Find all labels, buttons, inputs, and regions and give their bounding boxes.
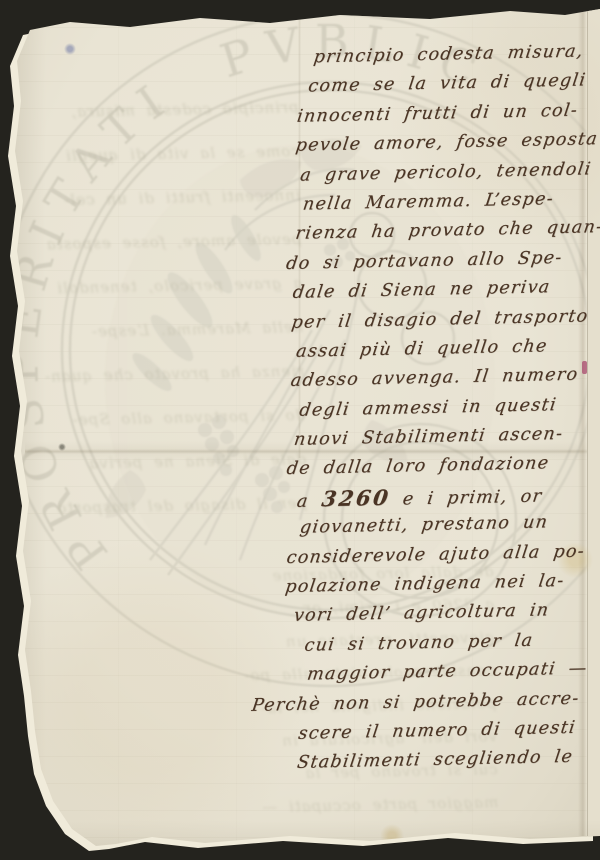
bleedthrough-line: do si portavano allo Spe- bbox=[20, 393, 306, 443]
bleedthrough-line: come se la vita di quegli bbox=[14, 129, 300, 179]
bleedthrough-line: innocenti frutti di un col- bbox=[15, 173, 301, 223]
bleedthrough-line: a grave pericolo, tenendoli bbox=[17, 261, 303, 311]
bleedthrough-line: nella Maremma. L’espe- bbox=[18, 305, 304, 355]
ink-bleedthrough-left: principio codesta misura, come se la vit… bbox=[13, 85, 307, 539]
bleedthrough-line: principio codesta misura, bbox=[13, 85, 299, 135]
bleedthrough-line: pevole amore, fosse esposta bbox=[16, 217, 302, 267]
manuscript-text-block: principio codesta misura, come se la vit… bbox=[283, 37, 600, 778]
bleedthrough-line: dale di Siena ne periva bbox=[21, 437, 307, 487]
manuscript-scan-page: PROSPERITATI PVBLIC principio codesta mi… bbox=[0, 0, 600, 860]
manuscript-paper: PROSPERITATI PVBLIC principio codesta mi… bbox=[0, 0, 600, 860]
bleedthrough-line: rienza ha provato che quan- bbox=[19, 349, 305, 399]
bleedthrough-line: per il disagio del trasporto bbox=[22, 481, 308, 531]
